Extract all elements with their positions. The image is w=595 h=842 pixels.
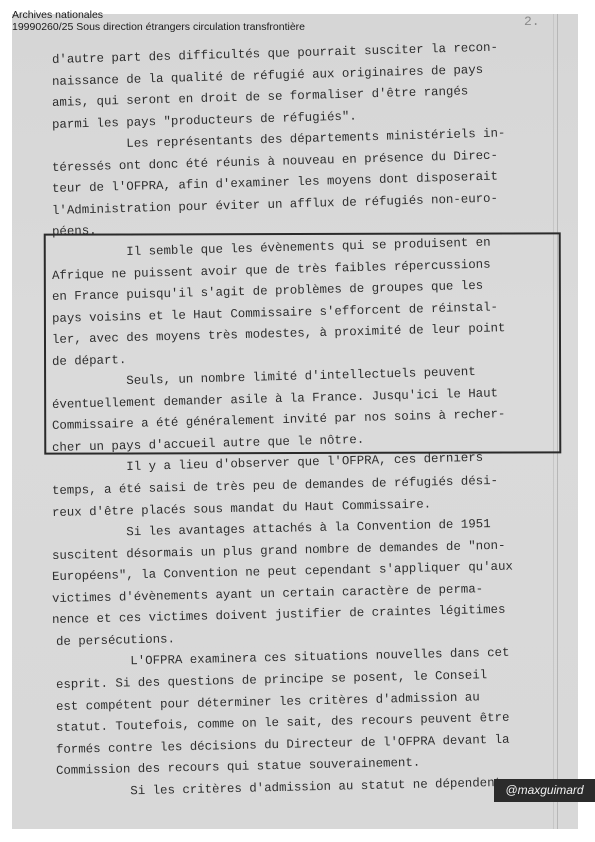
archive-reference: 19990260/25 Sous direction étrangers cir… [12,21,305,33]
document-line: statut. Toutefois, comme on le sait, des… [56,711,510,735]
document-line: Il y a lieu d'observer que l'OFPRA, ces … [52,451,483,476]
document-line: Européens", la Convention ne peut cepend… [52,560,513,584]
document-line: teur de l'OFPRA, afin d'examiner les moy… [52,170,498,196]
document-line: amis, qui seront en droit de se formalis… [52,84,469,110]
watermark-label: @maxguimard [494,779,595,802]
document-line: suscitent désormais un plus grand nombre… [52,538,506,562]
document-line: Les représentants des départements minis… [52,127,506,154]
document-line: temps, a été saisi de très peu de demand… [52,474,498,498]
document-line: L'OFPRA examinera ces situations nouvell… [56,646,510,670]
archive-name: Archives nationales [12,9,305,21]
document-line: parmi les pays "producteurs de réfugiés"… [52,109,357,132]
scanned-page: 2. d'autre part des difficultés que pour… [12,14,578,829]
document-line: victimes d'évènements ayant un certain c… [52,582,483,606]
document-line: Si les avantages attachés à la Conventio… [52,517,491,541]
document-line: nence et ces victimes doivent justifier … [52,603,506,627]
document-line: esprit. Si des questions de principe se … [56,668,487,692]
document-line: d'autre part des difficultés que pourrai… [52,41,498,67]
document-line: de départ. [52,353,127,369]
document-line: formés contre les décisions du Directeur… [56,732,510,756]
document-line: l'Administration pour éviter un afflux d… [52,191,498,217]
document-line: reux d'être placés sous mandat du Haut C… [52,497,431,520]
document-line: Si les critères d'admission au statut ne… [56,776,502,800]
document-line: de persécutions. [56,632,175,649]
document-line: péens. [52,224,97,239]
document-line: Commission des recours qui statue souver… [56,756,421,778]
document-line: est compétent pour déterminer les critèr… [56,690,480,714]
page-number: 2. [524,14,540,29]
archive-header: Archives nationales 19990260/25 Sous dir… [12,9,305,33]
document-line: naissance de la qualité de réfugié aux o… [52,63,483,89]
